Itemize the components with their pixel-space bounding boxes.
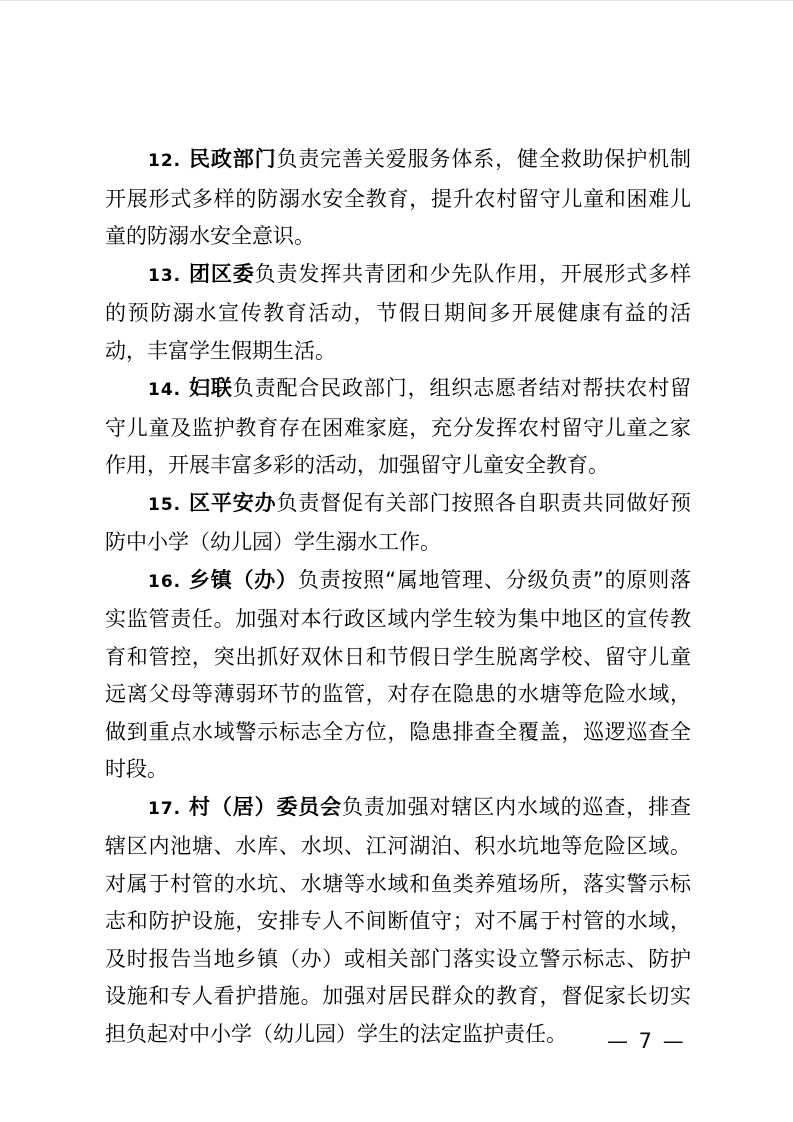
page-number: — 7 — [607,1029,686,1053]
item-body-text: 负责按照“属地管理、分级负责”的原则落实监管责任。加强对本行政区域内学生较为集中… [105,568,691,782]
list-item-17: 17.村（居）委员会负责加强对辖区内水域的巡查，排查辖区内池塘、水库、水坝、江河… [105,789,691,1054]
item-org-name: 区平安办 [188,491,276,515]
item-number: 17. [148,799,181,819]
item-number: 13. [148,266,181,286]
item-org-name: 民政部门 [188,147,276,171]
list-item-14: 14.妇联负责配合民政部门，组织志愿者结对帮扶农村留守儿童及监护教育存在困难家庭… [105,370,691,485]
list-item-12: 12.民政部门负责完善关爱服务体系，健全救助保护机制开展形式多样的防溺水安全教育… [105,141,691,256]
item-number: 15. [148,495,181,515]
item-number: 16. [148,572,181,592]
item-org-name: 乡镇（办） [188,568,298,592]
item-org-name: 团区委 [188,262,254,286]
item-body-text: 负责加强对辖区内水域的巡查，排查辖区内池塘、水库、水坝、江河湖泊、积水坑地等危险… [105,795,691,1046]
list-item-16: 16.乡镇（办）负责按照“属地管理、分级负责”的原则落实监管责任。加强对本行政区… [105,562,691,789]
scan-edge-line [0,0,793,1]
document-body: 12.民政部门负责完善关爱服务体系，健全救助保护机制开展形式多样的防溺水安全教育… [105,141,691,1053]
item-org-name: 村（居）委员会 [188,795,342,819]
item-org-name: 妇联 [188,376,233,400]
item-number: 12. [148,151,181,171]
item-number: 14. [148,380,181,400]
list-item-15: 15.区平安办负责督促有关部门按照各自职责共同做好预防中小学（幼儿园）学生溺水工… [105,485,691,562]
list-item-13: 13.团区委负责发挥共青团和少先队作用，开展形式多样的预防溺水宣传教育活动，节假… [105,256,691,371]
document-page: 12.民政部门负责完善关爱服务体系，健全救助保护机制开展形式多样的防溺水安全教育… [0,0,793,1122]
